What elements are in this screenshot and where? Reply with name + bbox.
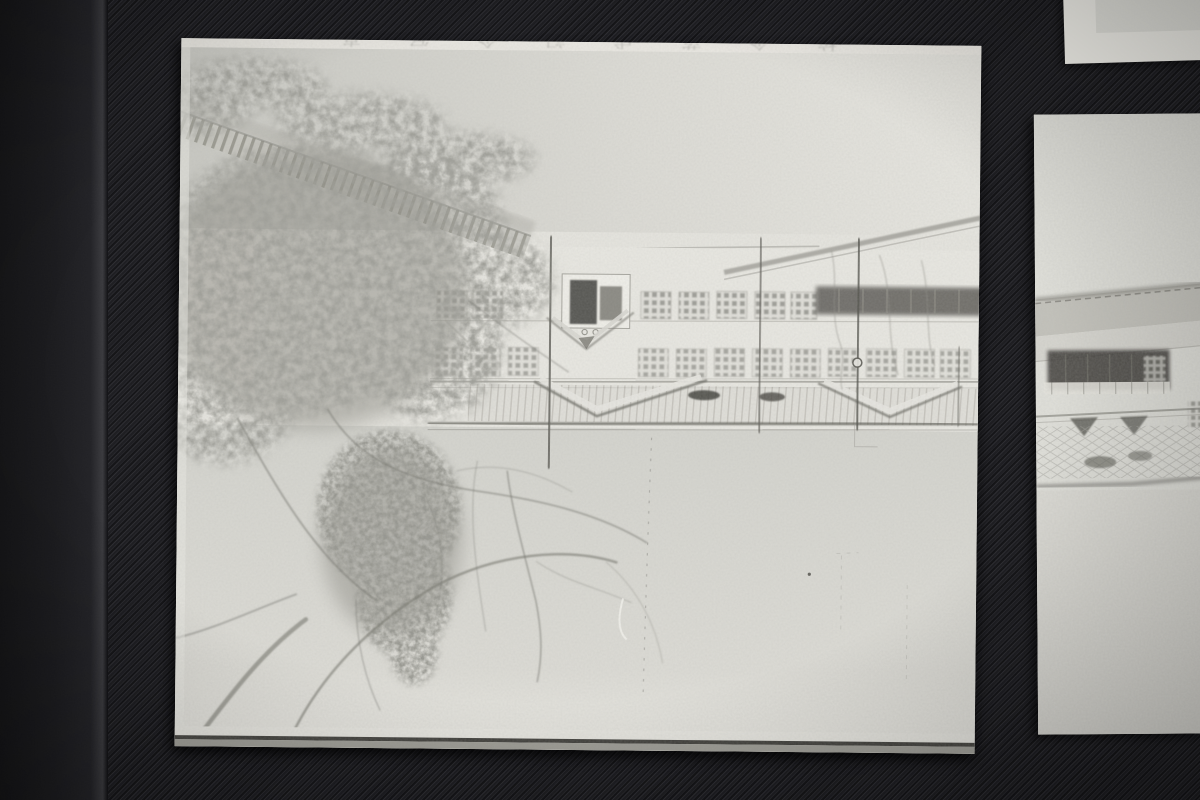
corner-photo [1063, 0, 1200, 64]
right-photo [1034, 113, 1200, 734]
album-gutter [0, 0, 108, 800]
corner-photo-inner [1095, 0, 1200, 33]
main-photo: 校舎落成記念写真 [175, 38, 982, 754]
main-photo-image: 校舎落成記念写真 [175, 38, 982, 754]
film-grain [175, 38, 982, 754]
film-grain [1034, 113, 1200, 734]
right-photo-image [1034, 113, 1200, 734]
